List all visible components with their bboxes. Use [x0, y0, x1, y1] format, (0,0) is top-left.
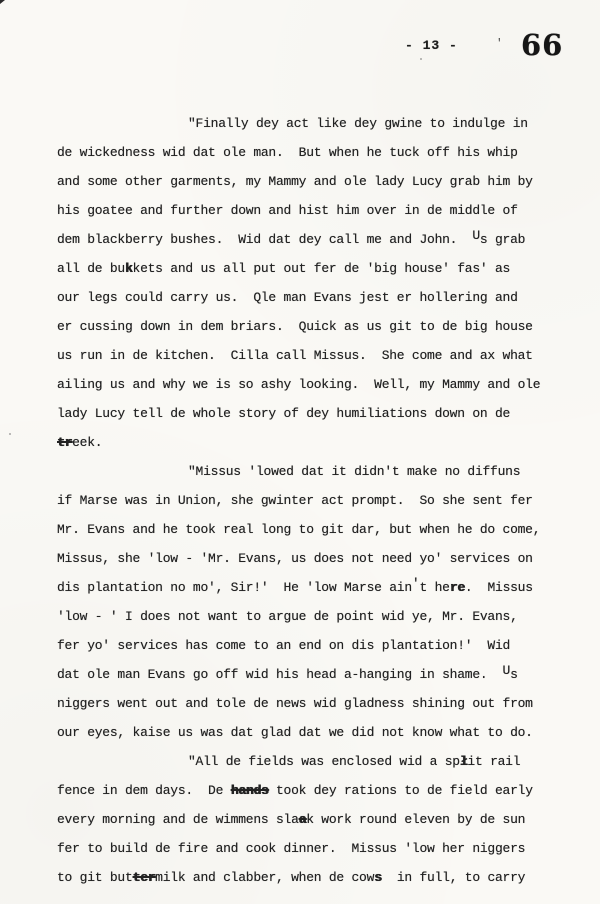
text-segment: s [510, 667, 518, 682]
stray-mark: ' [496, 38, 503, 50]
page-header: - 13 - ' 66 [0, 0, 600, 70]
text-segment: us run in de kitchen. Cilla call Missus.… [57, 348, 533, 363]
text-segment: de wickedness wid dat ole man. But when … [57, 145, 518, 160]
text-segment: milk and clabber, when de cow [155, 870, 374, 885]
text-line: to git buttermilk and clabber, when de c… [57, 863, 557, 892]
page-number: - 13 - [405, 38, 458, 53]
text-segment: kets and us all put out fer de 'big hous… [133, 261, 511, 276]
text-segment: took dey rations to de field early [268, 783, 532, 798]
text-segment: our eyes, kaise us was dat glad dat we d… [57, 725, 533, 740]
text-segment: fence in dem days. De [57, 783, 231, 798]
text-line: all de bukkets and us all put out fer de… [57, 254, 557, 283]
text-line: "Finally dey act like dey gwine to indul… [57, 109, 557, 138]
text-segment: fer yo' services has come to an end on d… [57, 638, 510, 653]
text-segment: U [472, 228, 480, 243]
text-line: and some other garments, my Mammy and ol… [57, 167, 557, 196]
text-segment: "All de fields was enclosed wid a sp [188, 754, 460, 769]
text-line: dem blackberry bushes. Wid dat dey call … [57, 225, 557, 254]
text-segment: "Missus 'lowed dat it didn't make no dif… [188, 464, 520, 479]
text-segment: his goatee and further down and hist him… [57, 203, 518, 218]
text-line: Missus, she 'low - 'Mr. Evans, us does n… [57, 544, 557, 573]
text-segment: U [503, 663, 511, 678]
document-text: "Finally dey act like dey gwine to indul… [57, 109, 557, 892]
text-line: fence in dem days. De hands took dey rat… [57, 776, 557, 805]
text-segment: Mr. Evans and he took real long to git d… [57, 522, 540, 537]
text-segment: our legs could carry us. Qle man Evans j… [57, 290, 518, 305]
text-line: lady Lucy tell de whole story of dey hum… [57, 399, 557, 428]
text-segment: t he [419, 580, 449, 595]
text-segment: eek. [72, 435, 102, 450]
text-line: "All de fields was enclosed wid a spłit … [57, 747, 557, 776]
text-line: niggers went out and tole de news wid gl… [57, 689, 557, 718]
text-line: fer to build de fire and cook dinner. Mi… [57, 834, 557, 863]
overstruck-text-segment: ter [133, 870, 156, 885]
text-line: Mr. Evans and he took real long to git d… [57, 515, 557, 544]
text-line: his goatee and further down and hist him… [57, 196, 557, 225]
text-segment: every morning and de wimmens sla [57, 812, 299, 827]
overstruck-text-segment: hands [231, 783, 269, 798]
text-segment: . Missus [465, 580, 533, 595]
overstruck-text-segment: re [450, 580, 465, 595]
text-segment: all de bu [57, 261, 125, 276]
text-line: dat ole man Evans go off wid his head a-… [57, 660, 557, 689]
text-segment: dat ole man Evans go off wid his head a-… [57, 667, 503, 682]
text-line: "Missus 'lowed dat it didn't make no dif… [57, 457, 557, 486]
text-segment: s grab [480, 232, 525, 247]
overstruck-text-segment: k [125, 261, 133, 276]
text-segment: lady Lucy tell de whole story of dey hum… [57, 406, 510, 421]
scan-speck [9, 433, 11, 435]
text-line: every morning and de wimmens slaak work … [57, 805, 557, 834]
overstruck-text-segment: tr [57, 435, 72, 450]
text-segment: er cussing down in dem briars. Quick as … [57, 319, 533, 334]
text-segment: ailing us and why we is so ashy looking.… [57, 377, 540, 392]
text-line: dis plantation no mo', Sir!' He 'low Mar… [57, 573, 557, 602]
text-line: us run in de kitchen. Cilla call Missus.… [57, 341, 557, 370]
text-segment: niggers went out and tole de news wid gl… [57, 696, 533, 711]
text-line: de wickedness wid dat ole man. But when … [57, 138, 557, 167]
text-segment: to git but [57, 870, 133, 885]
text-segment: in full, to carry [382, 870, 525, 885]
overstruck-text-segment: s [374, 870, 382, 885]
text-segment: fer to build de fire and cook dinner. Mi… [57, 841, 525, 856]
text-line: our legs could carry us. Qle man Evans j… [57, 283, 557, 312]
text-line: 'low - ' I does not want to argue de poi… [57, 602, 557, 631]
text-segment: 'low - ' I does not want to argue de poi… [57, 609, 518, 624]
text-segment: "Finally dey act like dey gwine to indul… [188, 116, 528, 131]
text-segment: Missus, she 'low - 'Mr. Evans, us does n… [57, 551, 533, 566]
text-segment: dem blackberry bushes. Wid dat dey call … [57, 232, 472, 247]
text-line: if Marse was in Union, she gwinter act p… [57, 486, 557, 515]
text-line: fer yo' services has come to an end on d… [57, 631, 557, 660]
text-line: er cussing down in dem briars. Quick as … [57, 312, 557, 341]
text-line: ailing us and why we is so ashy looking.… [57, 370, 557, 399]
text-segment: ' [412, 576, 420, 591]
text-line: our eyes, kaise us was dat glad dat we d… [57, 718, 557, 747]
text-segment: dis plantation no mo', Sir!' He 'low Mar… [57, 580, 412, 595]
text-segment: and some other garments, my Mammy and ol… [57, 174, 533, 189]
document-page: - 13 - ' 66 "Finally dey act like dey gw… [0, 0, 600, 904]
text-line: treek. [57, 428, 557, 457]
folio-number: 66 [521, 28, 563, 62]
text-segment: if Marse was in Union, she gwinter act p… [57, 493, 533, 508]
text-segment: it rail [467, 754, 520, 769]
text-segment: k work round eleven by de sun [306, 812, 525, 827]
